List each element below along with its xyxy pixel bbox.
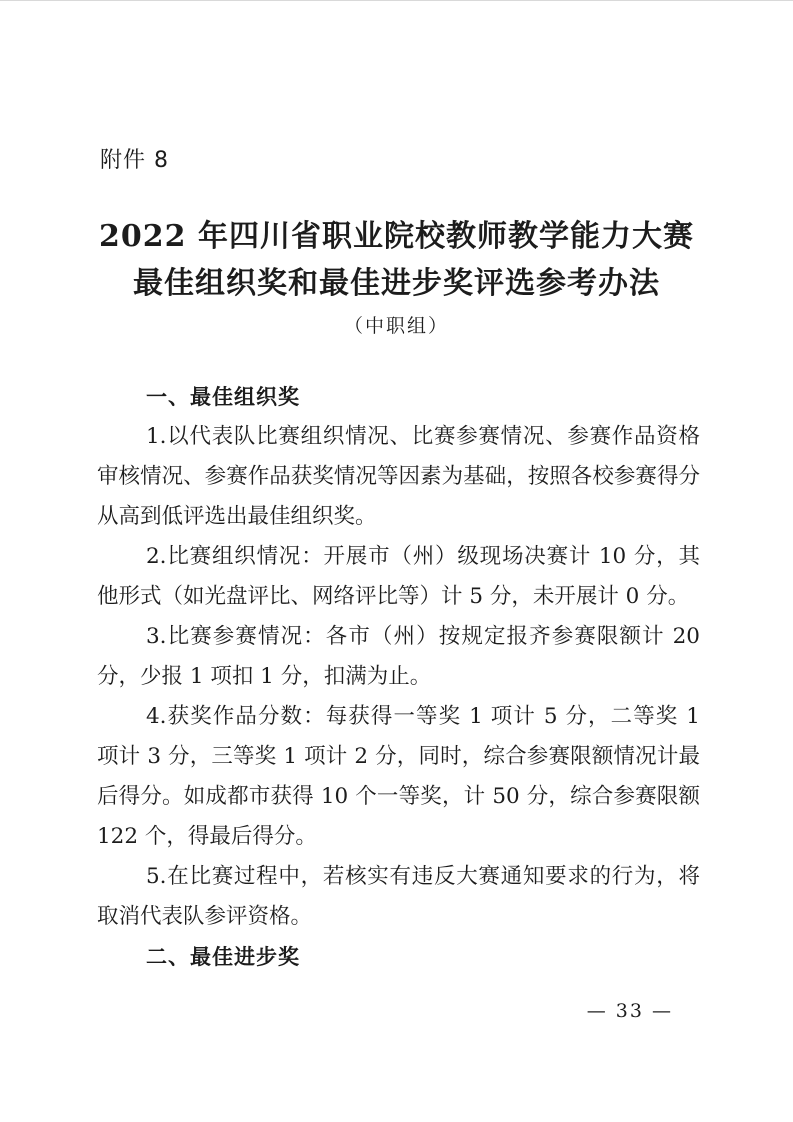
paragraph-item-4: 4.获奖作品分数：每获得一等奖 1 项计 5 分，二等奖 1 项计 3 分，三等… [97, 697, 700, 857]
document-page: 附件 8 2022 年四川省职业院校教师教学能力大赛 最佳组织奖和最佳进步奖评选… [0, 0, 793, 1122]
paragraph-item-5: 5.在比赛过程中，若核实有违反大赛通知要求的行为，将取消代表队参评资格。 [97, 857, 700, 937]
paragraph-item-3: 3.比赛参赛情况：各市（州）按规定报齐参赛限额计 20 分，少报 1 项扣 1 … [97, 617, 700, 697]
attachment-label: 附件 8 [100, 146, 169, 176]
section-heading-best-organization-award: 一、最佳组织奖 [97, 377, 700, 417]
paragraph-item-2: 2.比赛组织情况：开展市（州）级现场决赛计 10 分，其他形式（如光盘评比、网络… [97, 537, 700, 617]
scan-edge-line [0, 0, 793, 1]
paragraph-item-1: 1.以代表队比赛组织情况、比赛参赛情况、参赛作品资格审核情况、参赛作品获奖情况等… [97, 417, 700, 537]
document-title: 2022 年四川省职业院校教师教学能力大赛 最佳组织奖和最佳进步奖评选参考办法 [0, 213, 793, 307]
section-heading-best-progress-award: 二、最佳进步奖 [97, 937, 700, 977]
document-title-line1: 2022 年四川省职业院校教师教学能力大赛 [0, 213, 793, 260]
document-title-line2: 最佳组织奖和最佳进步奖评选参考办法 [0, 260, 793, 307]
page-number: — 33 — [587, 998, 673, 1024]
document-body: 一、最佳组织奖 1.以代表队比赛组织情况、比赛参赛情况、参赛作品资格审核情况、参… [97, 377, 700, 977]
document-subtitle: （中职组） [0, 313, 793, 339]
